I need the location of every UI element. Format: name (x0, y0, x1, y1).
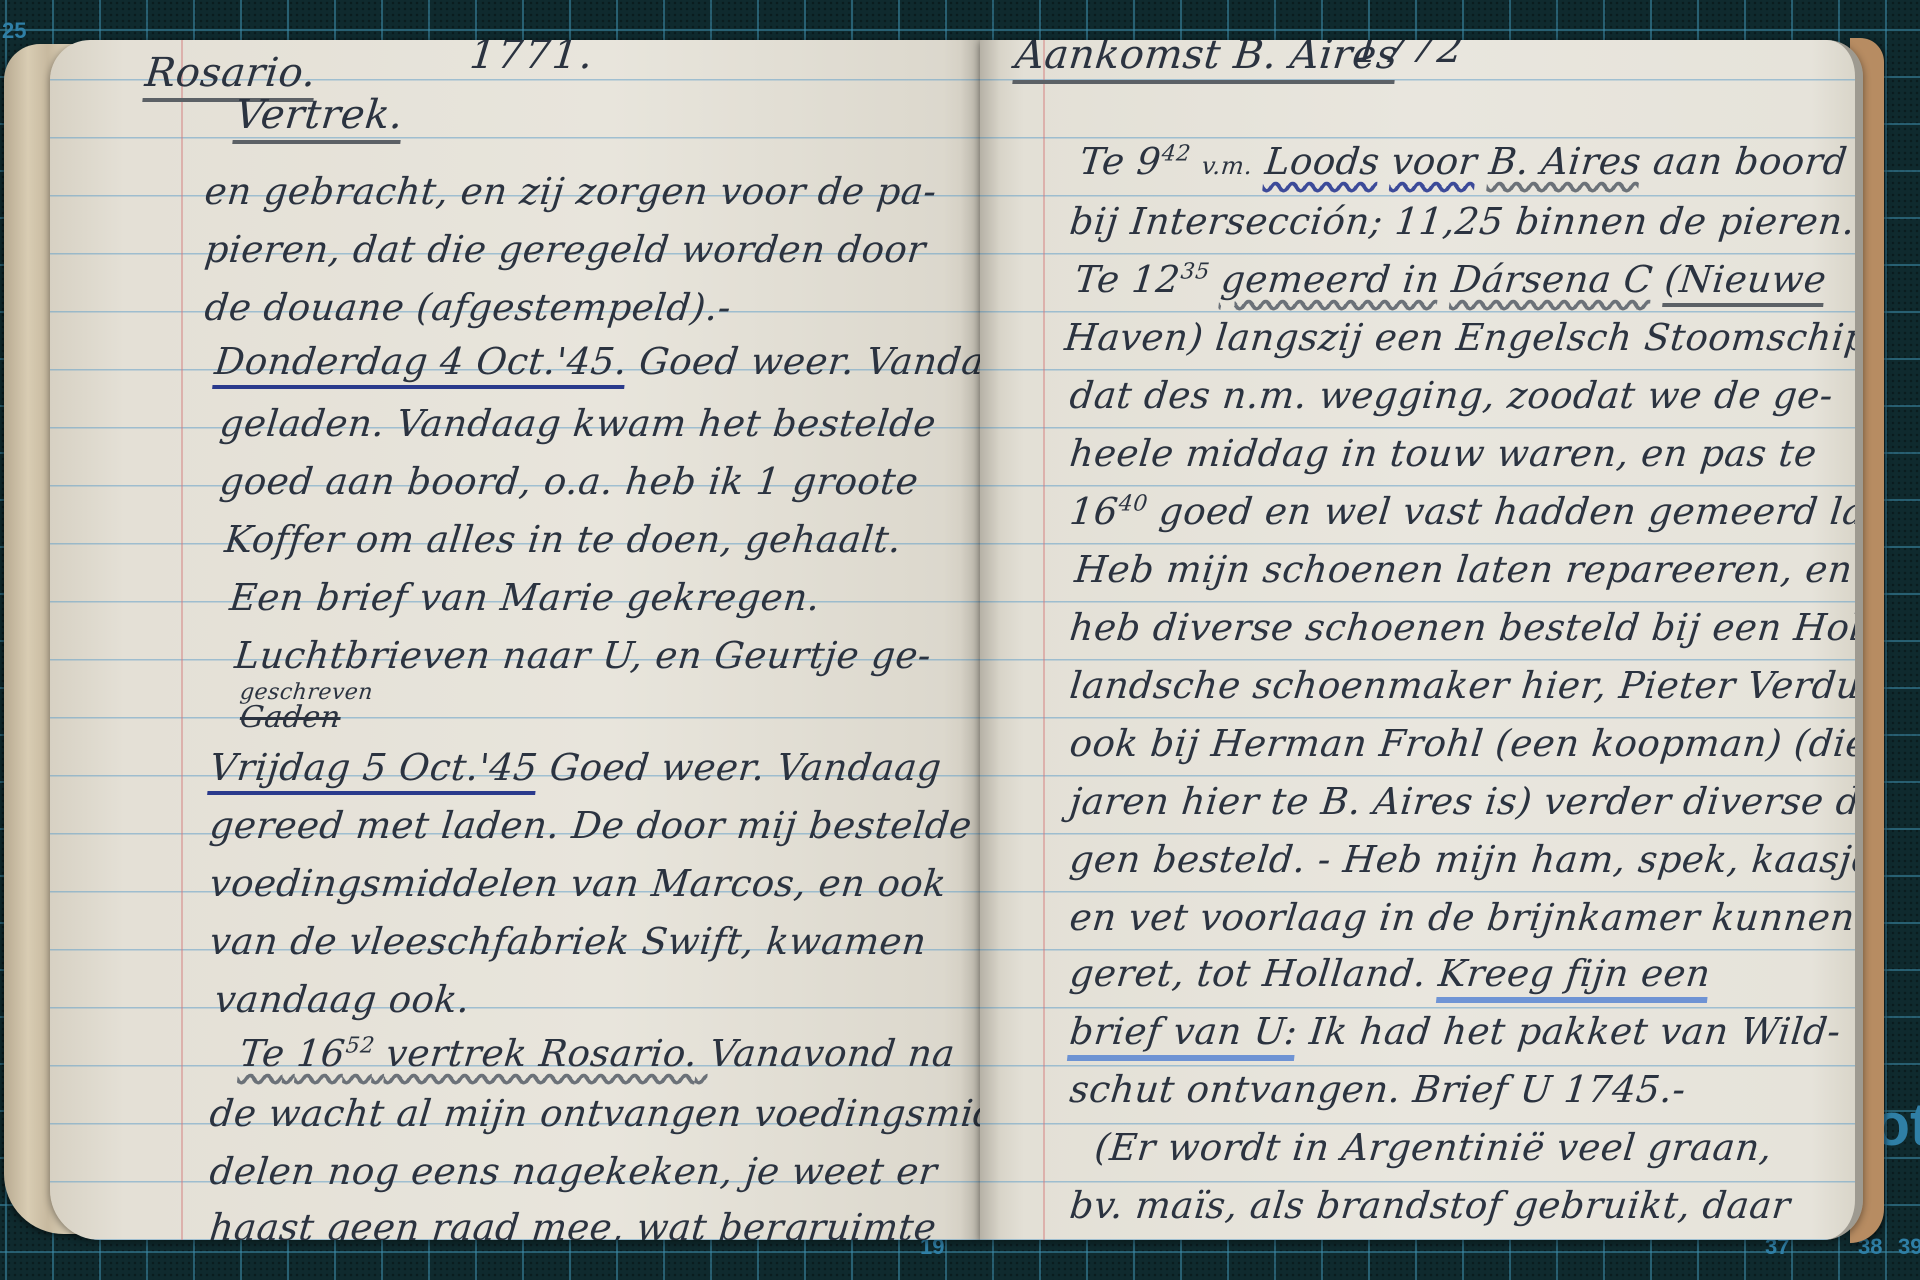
entry-date: Vrijdag 5 Oct.'45 (207, 746, 540, 795)
departure-note: Te 1652 vertrek Rosario. Vanavond na (238, 1032, 957, 1075)
text-line: pieren, dat die geregeld worden door (203, 228, 928, 271)
page-number: 1771. (468, 40, 597, 78)
text-line: (Er wordt in Argentinië veel graan, (1093, 1126, 1775, 1169)
departure-prefix: Te (238, 1032, 287, 1075)
text-line: van de vleeschfabriek Swift, kwamen (208, 920, 929, 963)
text-line: geret, tot Holland. (1068, 952, 1429, 995)
pilot-place: B. Aires (1487, 140, 1643, 183)
pilot-line: Te 942 v.m. Loods voor B. Aires aan boor… (1078, 140, 1850, 183)
text-line: gereed met laden. De door mij bestelde (208, 804, 974, 847)
moored-paren: (Nieuwe (1662, 258, 1829, 307)
text-line: heele middag in touw waren, en pas te (1068, 432, 1819, 475)
text-line: haast geen raad mee, wat bergruimte (208, 1206, 939, 1240)
highlighted-text: brief van U: (1067, 1010, 1300, 1061)
pilot-prefix: Te (1078, 140, 1127, 183)
departure-hour: 16 (295, 1032, 348, 1075)
diary-entry: Donderdag 4 Oct.'45. Goed weer. Vandag (213, 340, 980, 383)
gutter-shadow (960, 40, 1000, 1240)
ruler-tick: 39 (1898, 1234, 1920, 1260)
text-line: gen besteld. - Heb mijn ham, spek, kaasj… (1068, 838, 1863, 881)
text-line: en vet voorlaag in de brijnkamer kunnen (1068, 896, 1857, 939)
text-line: landsche schoenmaker hier, Pieter Verdui… (1068, 664, 1863, 707)
text-line: Koffer om alles in te doen, gehaalt. (223, 518, 904, 561)
text-line: heb diverse schoenen besteld bij een Hol… (1068, 606, 1863, 649)
right-page: Aankomst B. Aires 1772 Te 942 v.m. Loods… (980, 40, 1863, 1240)
moored-line: Te 1235 gemeerd in Dársena C (Nieuwe (1073, 258, 1829, 301)
text-line: de wacht al mijn ontvangen voedingsmid- (208, 1092, 980, 1135)
text-line: en gebracht, en zij zorgen voor de pa- (203, 170, 939, 213)
text-line: aan boord (1651, 140, 1849, 183)
pilot-suffix: v.m. (1200, 152, 1254, 180)
text-line: jaren hier te B. Aires is) verder divers… (1068, 780, 1863, 823)
pilot-minutes: 42 (1160, 142, 1192, 167)
moored-text: gemeerd in (1219, 258, 1442, 301)
time-line: 1640 goed en wel vast hadden gemeerd lag… (1068, 490, 1863, 533)
departure-text: vertrek Rosario. (384, 1032, 700, 1075)
entry-date: Donderdag 4 Oct.'45. (212, 340, 629, 389)
mat-number-top-left: 25 (2, 18, 26, 44)
text-line: de douane (afgestempeld).- (203, 286, 734, 329)
text-line: Haven) langszij een Engelsch Stoomschip, (1063, 316, 1863, 359)
highlight-line: brief van U: Ik had het pakket van Wild- (1068, 1010, 1843, 1053)
text-line: Een brief van Marie gekregen. (228, 576, 823, 619)
text-line: voedingsmiddelen van Marcos, en ook (208, 862, 949, 905)
text-line: Luchtbrieven naar U, en Geurtje ge- (233, 634, 934, 677)
moored-prefix: Te (1073, 258, 1122, 301)
time-hour: 16 (1068, 490, 1121, 533)
highlighted-text: Kreeg fijn een (1436, 952, 1713, 1003)
text-line: Goed weer. Vandag (637, 340, 980, 383)
text-line: Heb mijn schoenen laten repareeren, en (1073, 548, 1855, 591)
moored-dock: Dársena C (1450, 258, 1655, 301)
diary-entry: Vrijdag 5 Oct.'45 Goed weer. Vandaag (208, 746, 944, 789)
moored-minutes: 35 (1180, 260, 1212, 285)
time-minutes: 40 (1118, 492, 1150, 517)
margin-line (181, 40, 183, 1240)
text-line: vandaag ook. (213, 978, 472, 1021)
text-line: Goed weer. Vandaag (548, 746, 944, 789)
moored-hour: 12 (1130, 258, 1183, 301)
text-line: delen nog eens nagekeken, je weet er (208, 1150, 940, 1193)
text-line: bij Intersección; 11,25 binnen de pieren… (1068, 200, 1857, 243)
highlight-line: geret, tot Holland. Kreeg fijn een (1068, 952, 1713, 995)
text-line: ook bij Herman Frohl (een koopman) (die … (1068, 722, 1863, 765)
pilot-word: Loods (1263, 140, 1382, 183)
page-heading: Aankomst B. Aires (1012, 40, 1400, 84)
pilot-hour: 9 (1135, 140, 1164, 183)
margin-line (1043, 40, 1045, 1240)
text-line: bv. maïs, als brandstof gebruikt, daar (1068, 1184, 1793, 1227)
text-line: Ik had het pakket van Wild- (1307, 1010, 1842, 1053)
text-line: dat des n.m. wegging, zoodat we de ge- (1068, 374, 1835, 417)
left-page: Rosario. 1771. Vertrek. en gebracht, en … (50, 40, 980, 1240)
struck-word: Gaden (238, 700, 342, 735)
text-line: geladen. Vandaag kwam het bestelde (218, 402, 939, 445)
text-line: goed aan boord, o.a. heb ik 1 groote (218, 460, 921, 503)
text-line: schut ontvangen. Brief U 1745.- (1068, 1068, 1688, 1111)
text-line: Vanavond na (708, 1032, 958, 1075)
text-line: goed en wel vast hadden gemeerd lagen. (1157, 490, 1863, 533)
section-heading: Vertrek. (232, 92, 405, 144)
departure-minutes: 52 (345, 1034, 377, 1059)
page-number: 1772 (1353, 40, 1468, 72)
pilot-for: voor (1390, 140, 1480, 183)
